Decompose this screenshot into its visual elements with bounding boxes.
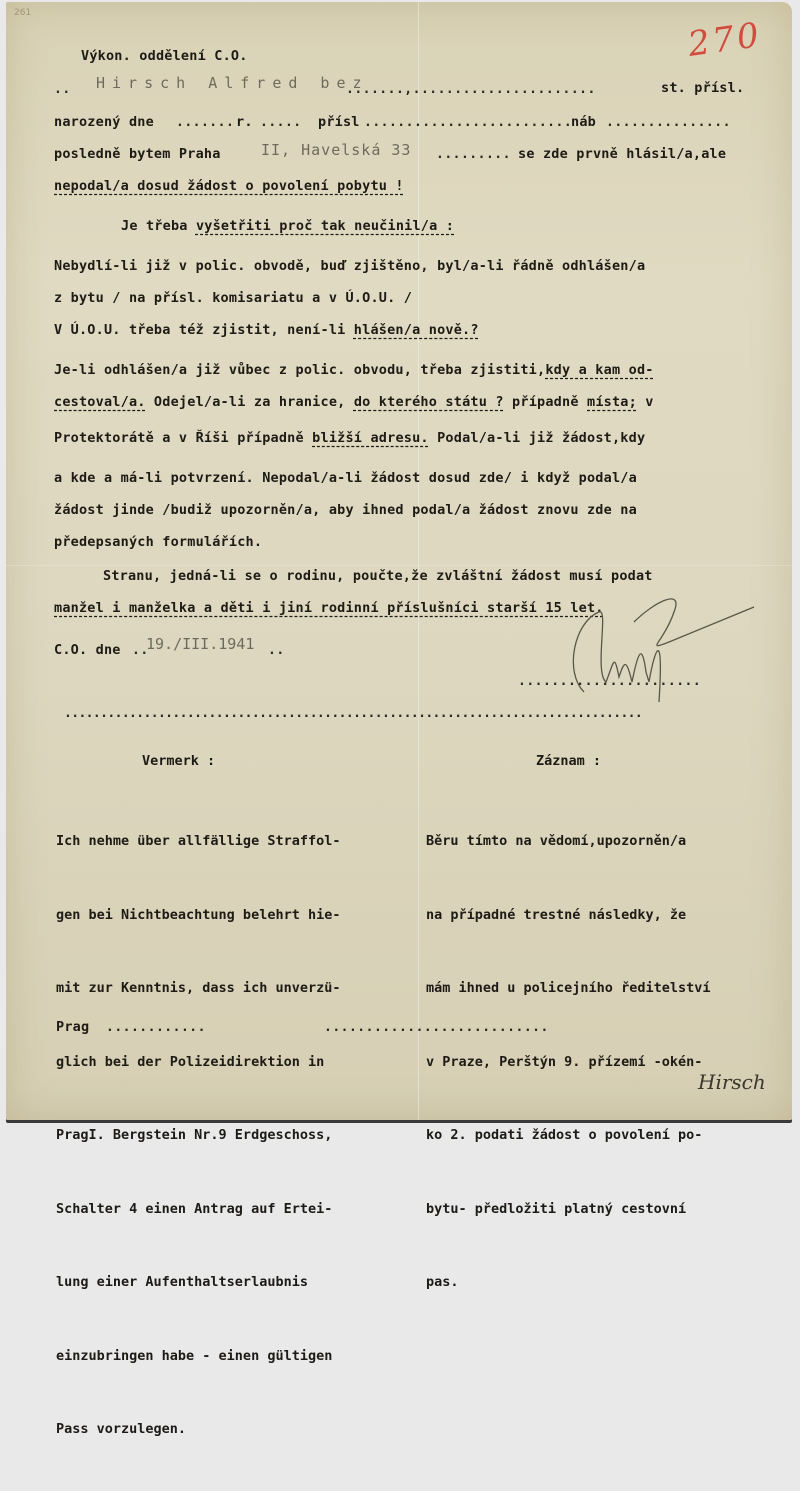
- zaznam-line: mám ihned u policejního ředitelství: [426, 976, 710, 1001]
- residence-dots: .........: [436, 147, 511, 162]
- heading-prefix: Je třeba: [121, 218, 196, 234]
- para1-line3-underlined: hlášen/a nově.?: [354, 322, 479, 338]
- handwritten-name: Hirsch Alfred bez: [96, 74, 369, 92]
- para1-line2: z bytu / na přísl. komisariatu a v Ú.O.U…: [54, 290, 412, 306]
- vermerk-line: gen bei Nichtbeachtung belehrt hie-: [56, 903, 340, 928]
- birth-dots-4: ...............: [606, 115, 731, 130]
- vermerk-line: Ich nehme über allfällige Straffol-: [56, 829, 340, 854]
- bottom-handwritten-note: Hirsch: [698, 1070, 766, 1094]
- para2-line1-prefix: Je-li odhlášen/a již vůbec z polic. obvo…: [54, 362, 545, 378]
- para2-line3: Protektorátě a v Říši případně bližší ad…: [54, 430, 645, 446]
- vermerk-title: Vermerk :: [142, 753, 215, 769]
- para1-line1: Nebydlí-li již v polic. obvodě, buď zjiš…: [54, 258, 645, 274]
- para2-mid2: případně: [504, 394, 587, 410]
- birth-dots-1: .......: [176, 115, 234, 130]
- religion-label: náb: [571, 114, 596, 130]
- zaznam-line: Běru tímto na vědomí,upozorněn/a: [426, 829, 710, 854]
- para2-line6: předepsaných formulářích.: [54, 534, 262, 550]
- para1-line3: V Ú.O.U. třeba též zjistit, není-li hláš…: [54, 322, 479, 338]
- zaznam-line: v Praze, Perštýn 9. přízemí -okén-: [426, 1050, 710, 1075]
- place-dots: ............: [106, 1020, 206, 1035]
- corner-pencil-mark: 261: [14, 8, 31, 18]
- vermerk-line: mit zur Kenntnis, dass ich unverzü-: [56, 976, 340, 1001]
- handwritten-date: 19./III.1941: [146, 635, 254, 653]
- para2-u1: cestoval/a.: [54, 394, 146, 410]
- department-header: Výkon. oddělení C.O.: [81, 48, 248, 64]
- heading-underlined: vyšetřiti proč tak neučinil/a :: [196, 218, 454, 234]
- zaznam-line: ko 2. podati žádost o povolení po-: [426, 1123, 710, 1129]
- residence-label: posledně bytem Praha: [54, 146, 221, 162]
- birth-dots-3: .........................: [364, 115, 572, 130]
- residence-suffix: se zde prvně hlásil/a,ale: [518, 146, 726, 162]
- birth-label: narozený dne: [54, 114, 154, 130]
- zaznam-title: Záznam :: [536, 753, 601, 769]
- vermerk-text: Ich nehme über allfällige Straffol- gen …: [56, 780, 340, 1129]
- signature-dots: ......................: [518, 674, 701, 689]
- zaznam-line: na případné trestné následky, že: [426, 903, 710, 928]
- fold-line-horizontal: [6, 565, 792, 566]
- investigate-heading: Je třeba vyšetřiti proč tak neučinil/a :: [121, 218, 454, 234]
- official-signature: [554, 582, 774, 712]
- separator-dots: ........................................…: [64, 706, 642, 721]
- para2-line1-underlined: kdy a kam od-: [545, 362, 653, 378]
- para2-mid: Odejel/a-li za hranice,: [146, 394, 354, 410]
- prague-label: Prag: [56, 1019, 89, 1035]
- para1-line3-prefix: V Ú.O.U. třeba též zjistit, není-li: [54, 322, 354, 338]
- vermerk-line: glich bei der Polizeidirektion in: [56, 1050, 340, 1075]
- not-applied-notice: nepodal/a dosud žádost o povolení pobytu…: [54, 178, 404, 194]
- para2-line1: Je-li odhlášen/a již vůbec z polic. obvo…: [54, 362, 654, 378]
- vermerk-line: PragI. Bergstein Nr.9 Erdgeschoss,: [56, 1123, 340, 1129]
- para3-line2: manžel i manželka a děti i jiní rodinní …: [54, 600, 604, 616]
- date-trailing-dots: ..: [268, 643, 285, 658]
- para2-l3-prefix: Protektorátě a v Říši případně: [54, 430, 312, 446]
- document-page: 261 270 Výkon. oddělení C.O. .. Hirsch A…: [6, 2, 792, 1120]
- red-page-number: 270: [686, 15, 765, 65]
- citizenship-label: st. přísl.: [661, 80, 744, 96]
- para2-line2: cestoval/a. Odejel/a-li za hranice, do k…: [54, 394, 654, 410]
- para2-l3-end: Podal/a-li již žádost,kdy: [429, 430, 646, 446]
- para2-u3: místa;: [587, 394, 637, 410]
- name-trailing-dots: .......,......................: [346, 82, 596, 97]
- para2-line5: žádost jinde /budiž upozorněn/a, aby ihn…: [54, 502, 637, 518]
- zaznam-text: Běru tímto na vědomí,upozorněn/a na příp…: [426, 780, 710, 1129]
- belonging-label: přísl: [318, 114, 360, 130]
- name-leading-dots: ..: [54, 82, 71, 97]
- year-label: r.: [236, 114, 253, 130]
- para2-line4: a kde a má-li potvrzení. Nepodal/a-li žá…: [54, 470, 637, 486]
- handwritten-address: II, Havelská 33: [261, 141, 411, 159]
- date-label: C.O. dne: [54, 642, 121, 658]
- fold-line: [418, 2, 419, 1120]
- para2-u2: do kterého státu ?: [354, 394, 504, 410]
- para2-end: v: [637, 394, 654, 410]
- footer-signature-dots: ...........................: [324, 1020, 549, 1035]
- para2-l3-underlined: bližší adresu.: [312, 430, 429, 446]
- birth-dots-2: .....: [260, 115, 302, 130]
